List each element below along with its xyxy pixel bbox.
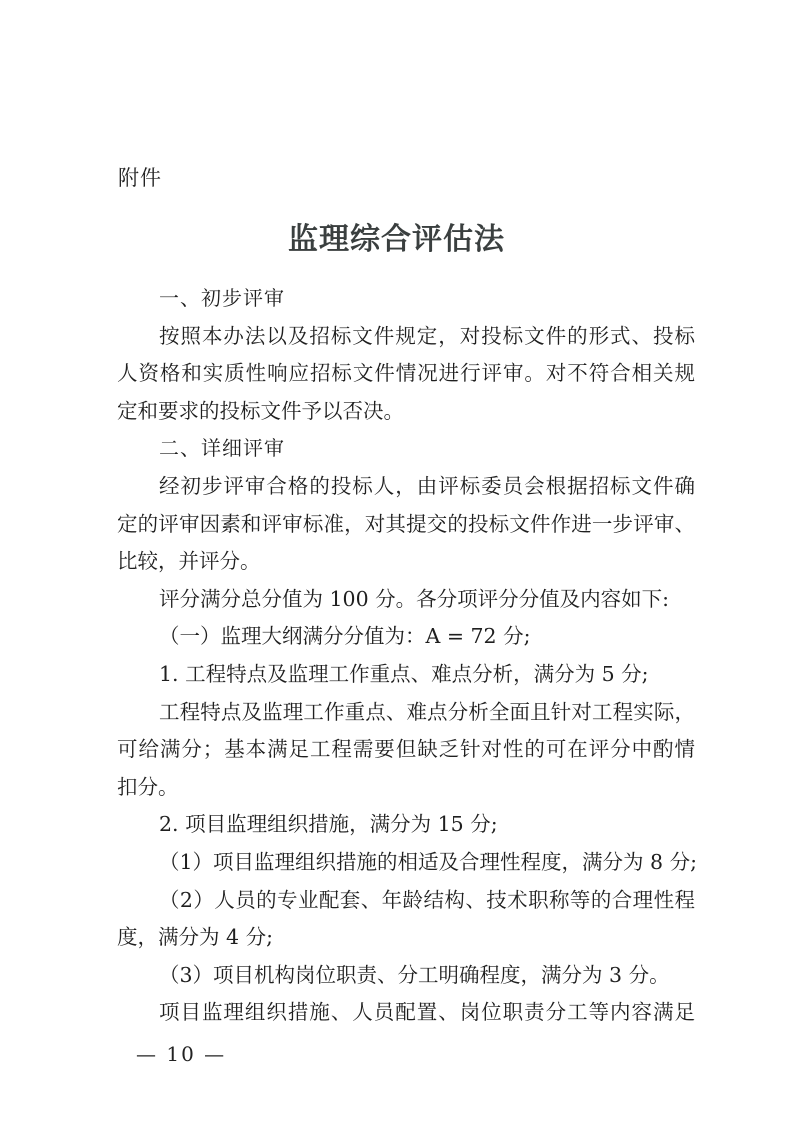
paragraph-line: 可给满分；基本满足工程需要但缺乏针对性的可在评分中酌情 [117,731,695,769]
paragraph-line: 经初步评审合格的投标人，由评标委员会根据招标文件确 [117,468,695,506]
paragraph-line: 2. 项目监理组织措施，满分为 15 分; [117,806,695,844]
paragraph-line: （一）监理大纲满分分值为：A = 72 分; [117,618,695,656]
paragraph-line: 扣分。 [117,769,695,807]
paragraph-line: 定的评审因素和评审标准，对其提交的投标文件作进一步评审、 [117,506,695,544]
paragraph-line: 定和要求的投标文件予以否决。 [117,393,695,431]
paragraph-line: 1. 工程特点及监理工作重点、难点分析，满分为 5 分; [117,656,695,694]
paragraph-line: 按照本办法以及招标文件规定，对投标文件的形式、投标 [117,318,695,356]
section-heading-preliminary-review: 一、初步评审 [117,280,695,318]
section-heading-detailed-review: 二、详细评审 [117,430,695,468]
page-number: — 10 — [136,1042,226,1066]
paragraph-line: 人资格和实质性响应招标文件情况进行评审。对不符合相关规 [117,355,695,393]
document-body: 一、初步评审 按照本办法以及招标文件规定，对投标文件的形式、投标 人资格和实质性… [117,280,695,1032]
document-page: 附件 监理综合评估法 一、初步评审 按照本办法以及招标文件规定，对投标文件的形式… [0,0,793,1122]
paragraph-line: （1）项目监理组织措施的相适及合理性程度，满分为 8 分; [117,844,695,882]
attachment-label: 附件 [118,162,162,192]
paragraph-line: 度，满分为 4 分; [117,919,695,957]
paragraph-line: 项目监理组织措施、人员配置、岗位职责分工等内容满足 [117,994,695,1032]
paragraph-line: （2）人员的专业配套、年龄结构、技术职称等的合理性程 [117,882,695,920]
paragraph-line: 工程特点及监理工作重点、难点分析全面且针对工程实际， [117,694,695,732]
paragraph-line: （3）项目机构岗位职责、分工明确程度，满分为 3 分。 [117,957,695,995]
document-title: 监理综合评估法 [0,214,793,258]
paragraph-line: 比较，并评分。 [117,543,695,581]
paragraph-line: 评分满分总分值为 100 分。各分项评分分值及内容如下: [117,581,695,619]
